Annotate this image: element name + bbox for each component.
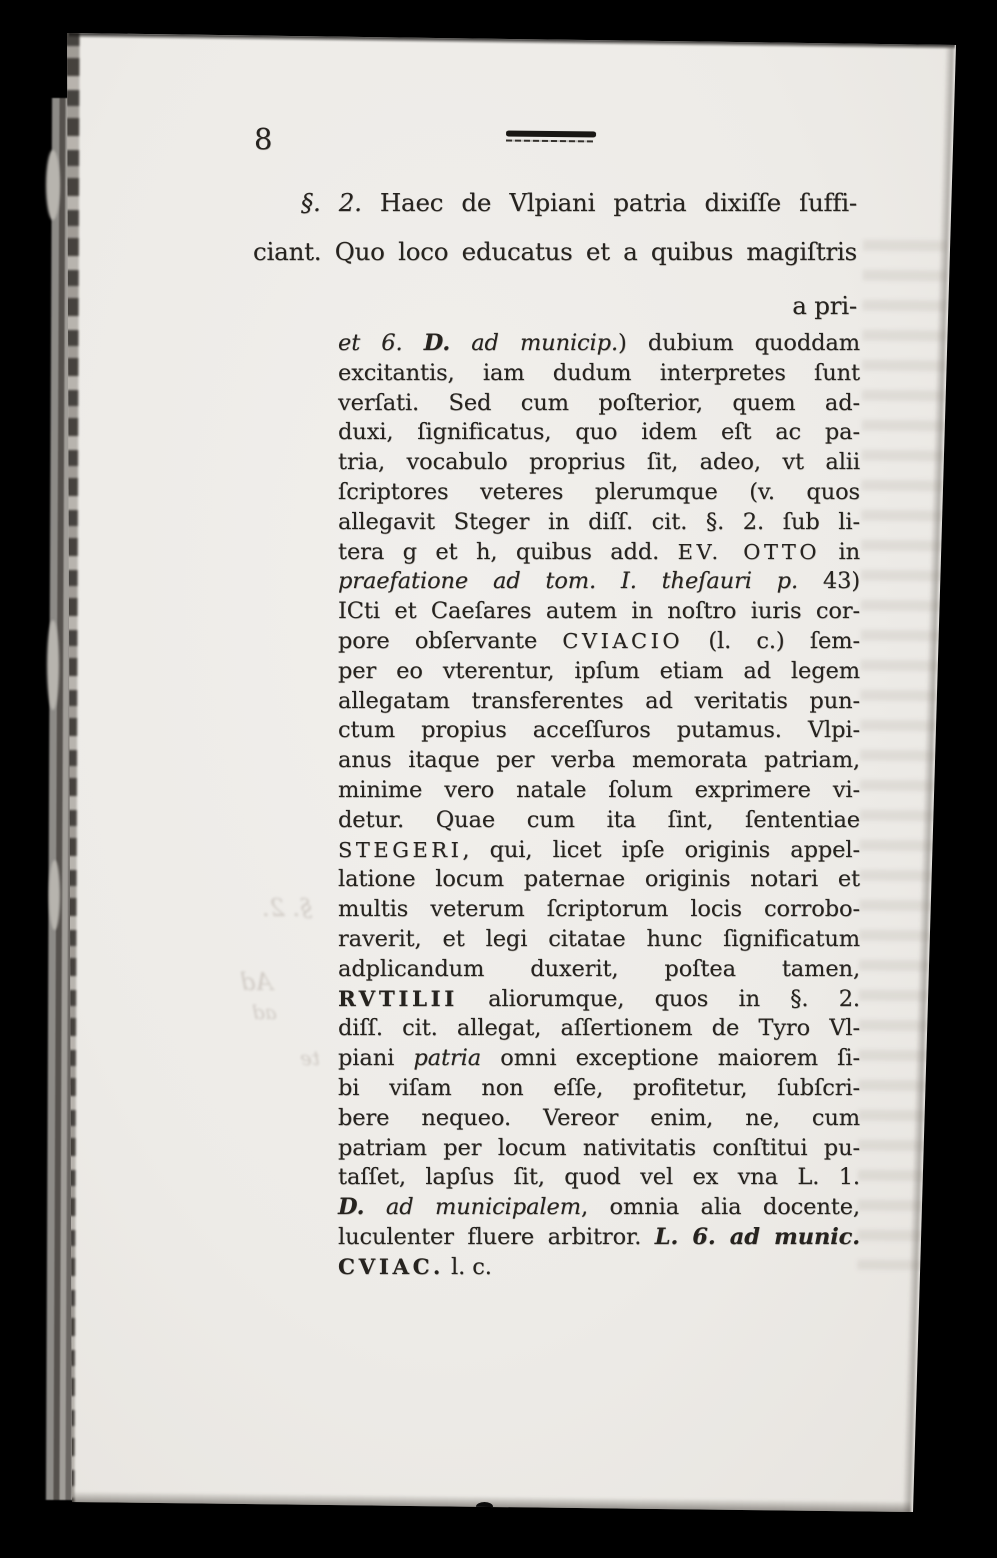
text-segment: tera g et h, quibus add.	[338, 539, 678, 565]
text-segment: latione locum paternae originis notari e…	[338, 866, 860, 892]
text-line: CVIAC. l. c.	[338, 1253, 860, 1283]
text-line: patriam per locum nativitatis conſtitui …	[338, 1134, 860, 1164]
text-segment: D.	[424, 330, 450, 356]
text-segment: et 6.	[338, 330, 424, 356]
text-line: latione locum paternae originis notari e…	[338, 865, 860, 895]
text-line: pore obſervante CVIACIO (l. c.) ſem-	[338, 627, 860, 657]
text-segment: multis veterum ſcriptorum locis corrobo-	[338, 896, 860, 922]
text-line: RVTILII aliorumque, quos in §. 2.	[338, 985, 860, 1015]
text-line: taſſet, lapſus ſit, quod vel ex vna L. 1…	[338, 1163, 860, 1193]
text-line: bi viſam non eſſe, profitetur, ſubſcri-	[338, 1074, 860, 1104]
text-segment: ad municipalem	[386, 1194, 581, 1220]
text-line: diſſ. cit. allegat, aſſertionem de Tyro …	[338, 1014, 860, 1044]
text-segment: , omnia alia docente,	[581, 1194, 860, 1220]
page-edge-bump	[49, 860, 60, 930]
text-segment	[364, 1194, 386, 1220]
text-segment: ciant. Quo loco educatus et a quibus mag…	[253, 237, 857, 266]
page-edge-bump	[47, 620, 59, 710]
text-segment: allegavit Steger in diſſ. cit. §. 2. ſub…	[338, 509, 860, 535]
text-segment: tria, vocabulo proprius ſit, adeo, vt al…	[338, 449, 860, 475]
text-line: ctum propius acceſſuros putamus. Vlpi-	[338, 716, 860, 746]
book-page: §. 2. Ad ad te 8 §. 2. Haec de Vlpiani p…	[0, 0, 997, 1558]
text-segment: patriam per locum nativitatis conſtitui …	[338, 1135, 860, 1161]
text-segment: D.	[338, 1194, 364, 1220]
showthrough-fragment: Ad	[240, 968, 273, 996]
text-line: praefatione ad tom. I. theſauri p. 43)	[338, 567, 860, 597]
page-bottom-edge-shadow	[73, 1491, 911, 1514]
text-line: raverit, et legi citatae hunc ſignificat…	[338, 925, 860, 955]
text-segment: raverit, et legi citatae hunc ſignificat…	[338, 926, 860, 952]
text-segment: ad municip.	[471, 330, 618, 356]
text-segment: CVIAC.	[338, 1255, 444, 1280]
showthrough-fragment: §. 2.	[262, 894, 312, 922]
text-line: anus itaque per verba memorata patriam,	[338, 746, 860, 776]
text-segment: 43)	[798, 568, 860, 594]
text-segment: ) dubium quoddam	[618, 330, 860, 356]
text-segment: EV. OTTO	[678, 540, 820, 564]
showthrough-text-right	[857, 240, 946, 1270]
text-segment: per eo vterentur, ipſum etiam ad legem	[338, 658, 860, 684]
text-line: multis veterum ſcriptorum locis corrobo-	[338, 895, 860, 925]
text-line: ſcriptores veteres plerumque (v. quos	[338, 478, 860, 508]
text-line: tera g et h, quibus add. EV. OTTO in	[338, 538, 860, 568]
text-segment: CVIACIO	[562, 629, 683, 653]
text-segment: taſſet, lapſus ſit, quod vel ex vna L. 1…	[338, 1164, 860, 1190]
page-bottom-notch	[476, 1502, 493, 1511]
text-line: piani patria omni exceptione maiorem ſi-	[338, 1044, 860, 1074]
text-segment: pore obſervante	[338, 628, 562, 654]
text-segment: l. c.	[444, 1254, 492, 1280]
text-segment: ſcriptores veteres plerumque (v. quos	[338, 479, 860, 505]
text-segment: bere nequeo. Vereor enim, ne, cum	[338, 1105, 860, 1131]
text-segment: excitantis, iam dudum interpretes ſunt	[338, 360, 860, 386]
text-segment: a pri-	[792, 291, 857, 320]
text-segment: in	[820, 539, 860, 565]
text-line: ciant. Quo loco educatus et a quibus mag…	[253, 227, 857, 276]
page-top-edge-shadow	[69, 33, 955, 50]
text-segment: patria	[413, 1045, 481, 1071]
text-segment: minime vero natale ſolum exprimere vi-	[338, 777, 860, 803]
text-line: detur. Quae cum ita ſint, ſententiae	[338, 806, 860, 836]
ornament-thin-rule	[506, 140, 593, 143]
book-scan: §. 2. Ad ad te 8 §. 2. Haec de Vlpiani p…	[0, 0, 997, 1558]
text-segment: ICti et Caeſares autem in noſtro iuris c…	[338, 598, 860, 624]
text-line: allegatam transferentes ad veritatis pun…	[338, 687, 860, 717]
text-line: allegavit Steger in diſſ. cit. §. 2. ſub…	[338, 508, 860, 538]
text-segment: piani	[338, 1045, 413, 1071]
text-segment: aliorumque, quos in §. 2.	[458, 986, 860, 1012]
showthrough-fragment: te	[300, 1046, 320, 1070]
text-segment: L. 6. ad munic.	[655, 1224, 860, 1250]
text-line: a pri-	[253, 281, 857, 330]
text-segment: verſati. Sed cum poſterior, quem ad-	[338, 390, 860, 416]
text-segment: ctum propius acceſſuros putamus. Vlpi-	[338, 717, 860, 743]
text-segment: detur. Quae cum ita ſint, ſententiae	[338, 807, 860, 833]
header-rule-ornament	[506, 131, 598, 150]
page-edge-bump	[46, 150, 60, 220]
footnote-paragraph: et 6. D. ad municip.) dubium quoddamexci…	[338, 329, 860, 1283]
text-segment: omni exceptione maiorem ſi-	[481, 1045, 860, 1071]
text-line: D. ad municipalem, omnia alia docente,	[338, 1193, 860, 1223]
text-segment: bi viſam non eſſe, profitetur, ſubſcri-	[338, 1075, 860, 1101]
text-line: adplicandum duxerit, poſtea tamen,	[338, 955, 860, 985]
text-line: §. 2. Haec de Vlpiani patria dixiſſe ſuf…	[253, 178, 857, 227]
ornament-thick-rule	[506, 131, 596, 138]
text-line: duxi, ſignificatus, quo idem eſt ac pa-	[338, 418, 860, 448]
text-line: per eo vterentur, ipſum etiam ad legem	[338, 657, 860, 687]
text-segment: §. 2.	[301, 188, 362, 217]
text-segment: diſſ. cit. allegat, aſſertionem de Tyro …	[338, 1015, 860, 1041]
text-line: STEGERI, qui, licet ipſe originis appel-	[338, 836, 860, 866]
page-number: 8	[254, 122, 272, 156]
text-line: ICti et Caeſares autem in noſtro iuris c…	[338, 597, 860, 627]
text-segment: duxi, ſignificatus, quo idem eſt ac pa-	[338, 419, 860, 445]
showthrough-fragment: ad	[252, 1000, 277, 1024]
text-segment: Haec de Vlpiani patria dixiſſe ſuffi-	[362, 188, 857, 217]
text-line: tria, vocabulo proprius ſit, adeo, vt al…	[338, 448, 860, 478]
text-line: et 6. D. ad municip.) dubium quoddam	[338, 329, 860, 359]
text-segment: adplicandum duxerit, poſtea tamen,	[338, 956, 860, 982]
text-segment: STEGERI	[338, 838, 462, 862]
text-segment: , qui, licet ipſe originis appel-	[462, 837, 860, 863]
text-line: bere nequeo. Vereor enim, ne, cum	[338, 1104, 860, 1134]
text-line: luculenter fluere arbitror. L. 6. ad mun…	[338, 1223, 860, 1253]
text-segment: RVTILII	[338, 987, 458, 1012]
text-line: minime vero natale ſolum exprimere vi-	[338, 776, 860, 806]
text-line: verſati. Sed cum poſterior, quem ad-	[338, 389, 860, 419]
text-segment: praefatione ad tom. I. theſauri p.	[338, 568, 798, 594]
text-segment: luculenter fluere arbitror.	[338, 1224, 655, 1250]
text-line: excitantis, iam dudum interpretes ſunt	[338, 359, 860, 389]
text-segment: (l. c.) ſem-	[683, 628, 860, 654]
text-segment: allegatam transferentes ad veritatis pun…	[338, 688, 860, 714]
text-segment	[450, 330, 471, 356]
text-segment: anus itaque per verba memorata patriam,	[338, 747, 860, 773]
main-paragraph: §. 2. Haec de Vlpiani patria dixiſſe ſuf…	[253, 178, 857, 330]
